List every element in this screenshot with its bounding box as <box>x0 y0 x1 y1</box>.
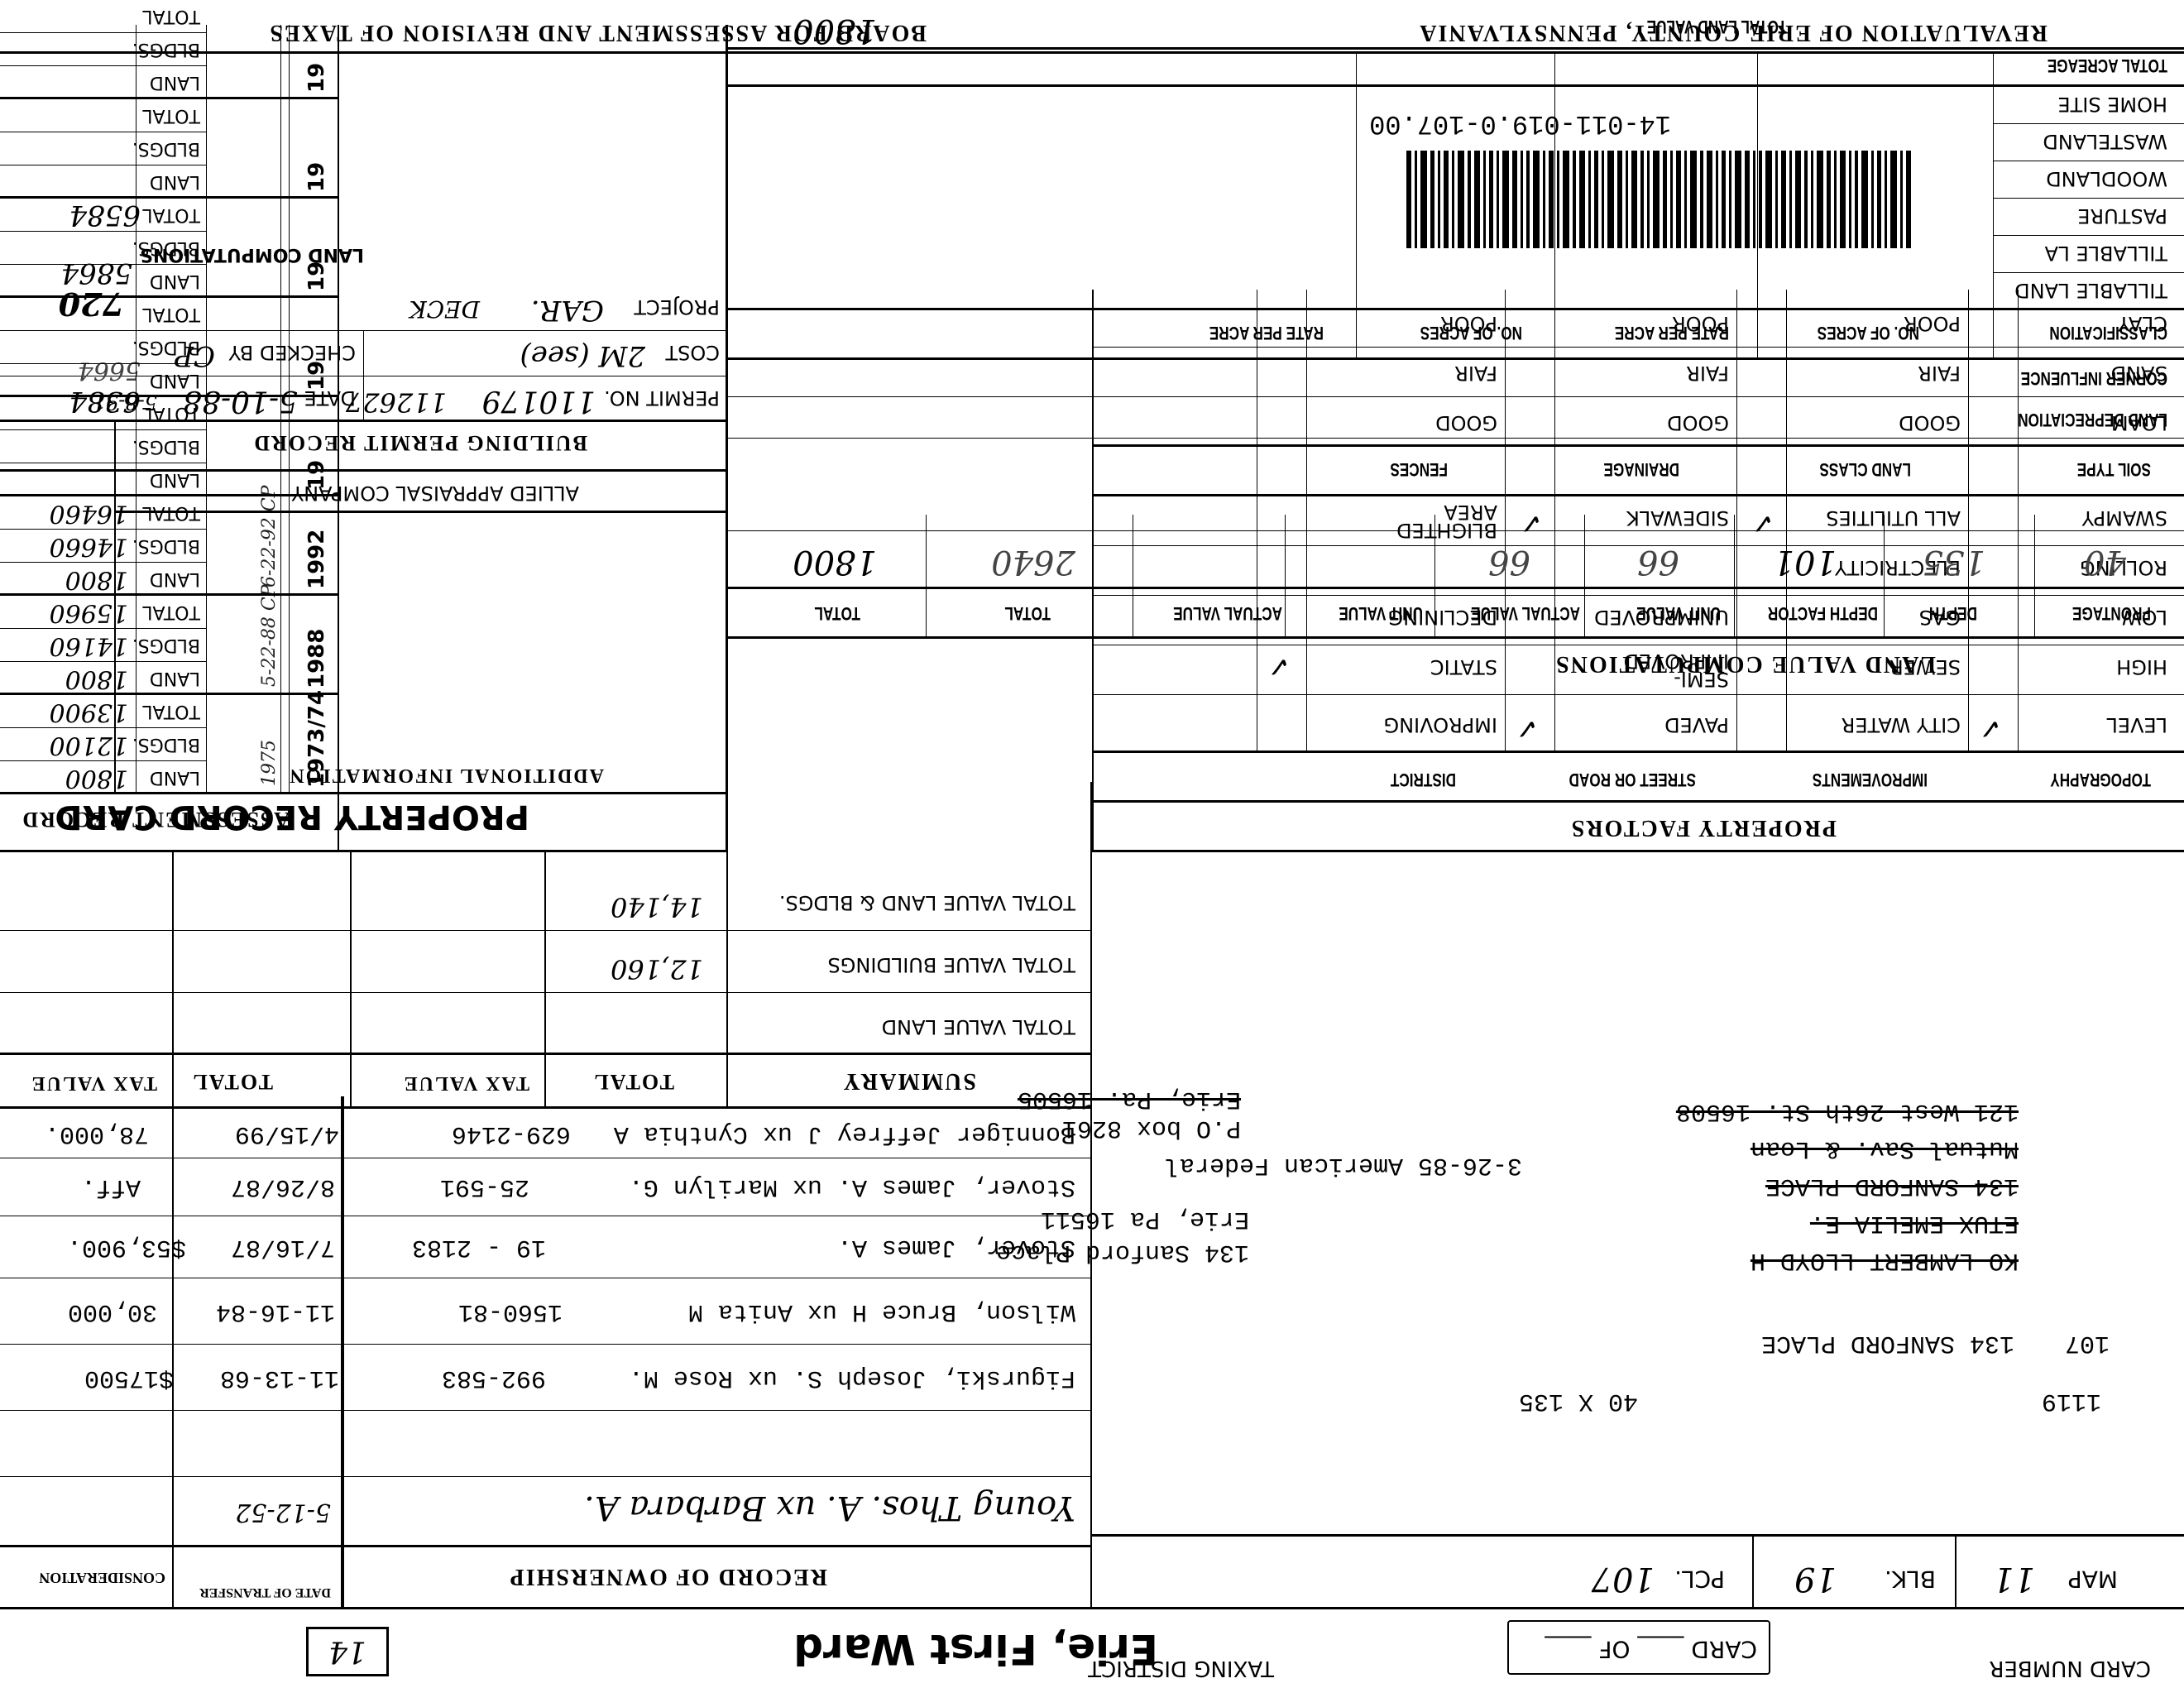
assessment-year: 19 <box>304 162 329 192</box>
taxing-district-value: Erie, First Ward <box>793 1625 1158 1673</box>
map-value: 11 <box>1993 1560 2035 1598</box>
summary-table: SUMMARY TOTAL TAX VALUE TOTAL TAX VALUE … <box>0 852 1092 1109</box>
mail-history-line: 134 SANFORD PLACE <box>1765 1172 2019 1200</box>
assessment-row-label: LAND <box>150 271 200 291</box>
assessment-land-value: 1800 <box>65 565 128 594</box>
summary-value: 12,160 <box>611 953 703 985</box>
assessment-row-label: BLDGS. <box>132 138 200 159</box>
assessment-row-label: BLDGS. <box>132 635 200 655</box>
assessment-row-label: BLDGS. <box>132 39 200 60</box>
mail-history-line: 121 West 26th St. 16508 <box>1676 1097 2019 1125</box>
total-value: 2640 <box>991 543 1075 581</box>
parcel-barcode <box>1249 151 1911 248</box>
assessment-bldgs-value: 14160 <box>50 631 128 660</box>
assessment-land-value: 1800 <box>65 764 128 793</box>
assessment-block: 1973/741975LAND1800BLDGS.12100TOTAL13900 <box>0 695 339 794</box>
assessment-block: 19926-22-92 CPLAND1800BLDGS.14660TOTAL16… <box>0 496 339 596</box>
summary-value: 14,140 <box>611 891 703 923</box>
pcl-value: 107 <box>1592 1560 1655 1598</box>
assessment-row-label: TOTAL <box>142 403 200 424</box>
assessment-land-value: 1800 <box>65 664 128 693</box>
ownership-row: Wilson, Bruce H ux Anita M 1560-81 11-16… <box>0 1278 1092 1340</box>
header-board-title: BOARD FOR ASSESSMENT AND REVISION OF TAX… <box>268 19 927 46</box>
assessment-block: 19885-22-88 CPLAND1800BLDGS.14160TOTAL15… <box>0 596 339 695</box>
property-address: 134 SANFORD PLACE <box>1761 1329 2014 1357</box>
property-dimensions: 40 X 135 <box>1519 1387 1638 1415</box>
frontage-value: 40 <box>2084 543 2126 581</box>
summary-label: TOTAL VALUE LAND <box>882 1015 1075 1038</box>
assessment-row-label: LAND <box>150 370 200 391</box>
assessment-block: 19LANDBLDGS.TOTAL <box>0 397 339 496</box>
taxing-district-label: TAXING DISTRICT <box>1150 1657 1274 1680</box>
mail-history-line: Mutual Sav. & Loan <box>1751 1134 2019 1163</box>
assessment-stamp: 5-22-88 CP <box>259 585 280 687</box>
blk-value: 19 <box>1794 1560 1837 1598</box>
unit-value: 66 <box>1637 543 1679 581</box>
land-value-table: FRONTAGE DEPTH DEPTH FACTOR UNIT VALUE A… <box>728 515 2184 639</box>
assessment-year: 1988 <box>304 629 329 688</box>
box-number: 14 <box>306 1627 389 1676</box>
card-number-label: CARD NUMBER <box>2035 1657 2151 1680</box>
total-value: 1800 <box>793 543 877 581</box>
mail-history-line: ETUX EMELIA E. <box>1810 1209 2019 1237</box>
assessment-block: 19LANDBLDGS.TOTAL <box>0 0 339 99</box>
assessment-row-label: LAND <box>150 469 200 490</box>
depth-factor-value: 101 <box>1774 543 1837 581</box>
assessment-year: 19 <box>304 460 329 490</box>
depth-value: 135 <box>1923 543 1985 581</box>
assessment-row-label: BLDGS. <box>132 237 200 258</box>
property-record-card: CARD NUMBER CARD ____ OF ____ TAXING DIS… <box>0 0 2184 1688</box>
assessment-block: 19LANDBLDGS.TOTAL <box>0 298 339 397</box>
assessment-block: 19LANDBLDGS.TOTAL <box>0 199 339 298</box>
assessment-year: 1992 <box>304 530 329 589</box>
ownership-row: Stover, James A. ux Marilyn G. 25-591 8/… <box>0 1158 1092 1212</box>
assessment-row-label: TOTAL <box>142 204 200 225</box>
mail-history-line: KO LAMBERT LLOYD H <box>1751 1246 2019 1274</box>
mail-current-line: 3-26-85 American Federal <box>1165 1151 1522 1179</box>
assessment-row-label: LAND <box>150 568 200 589</box>
ownership-table: RECORD OF OWNERSHIP DATE OF TRANSFER CON… <box>0 1096 1092 1609</box>
ownership-row: Figurski, Joseph S. ux Rose M. 992-583 1… <box>0 1345 1092 1407</box>
ownership-row: Young Thos. A. ux Barbara A. 5-12-52 <box>0 1477 1092 1543</box>
lot-number: 107 <box>2065 1329 2110 1357</box>
assessment-row-label: LAND <box>150 171 200 192</box>
assessment-year: 19 <box>304 261 329 291</box>
assessment-row-label: TOTAL <box>142 701 200 722</box>
land-value-title: LAND VALUE COMPUTATIONS <box>1554 650 1936 677</box>
property-number: 1119 <box>2042 1387 2101 1415</box>
ownership-row: Bonniger Jeffrey J ux Cynthia A 629-2146… <box>0 1106 1092 1156</box>
assessment-row-label: TOTAL <box>142 602 200 622</box>
map-blk-pcl-row: MAP 11 BLK. 19 PCL. 107 <box>1092 1537 2184 1609</box>
assessment-block: 19LANDBLDGS.TOTAL <box>0 99 339 199</box>
assessment-row-label: BLDGS. <box>132 337 200 357</box>
check-mark-icon: ✓ <box>1267 650 1291 683</box>
actual-value: 66 <box>1488 543 1530 581</box>
assessment-total-value: 15960 <box>50 598 128 627</box>
assessment-stamp: 1975 <box>259 740 280 786</box>
assessment-row-label: BLDGS. <box>132 535 200 556</box>
assessment-total-value: 16460 <box>50 499 128 528</box>
card-of-box: CARD ____ OF ____ <box>1507 1620 1770 1675</box>
assessment-row-label: LAND <box>150 72 200 93</box>
summary-label: TOTAL VALUE LAND & BLDGS. <box>779 891 1075 914</box>
assessment-stamp: 6-22-92 CP <box>259 486 280 587</box>
land-classification: LAND DEPRECIATION CORNER INFLUENCE CLASS… <box>728 8 2184 521</box>
check-mark-icon: ✓ <box>1979 712 2003 745</box>
ownership-row: Stover, James A. 19 - 2183 7/16/87 $53,9… <box>0 1216 1092 1274</box>
check-mark-icon: ✓ <box>1516 712 1540 745</box>
summary-label: TOTAL VALUE BUILDINGS <box>828 953 1075 976</box>
assessment-row-label: TOTAL <box>142 6 200 26</box>
header-revaluation-title: REVALUATION OF ERIE COUNTY, PENNSYLVANIA <box>1418 19 2047 46</box>
assessment-year: 19 <box>304 361 329 391</box>
assessment-row-label: TOTAL <box>142 304 200 324</box>
assessment-row-label: LAND <box>150 767 200 788</box>
assessment-bldgs-value: 12100 <box>50 731 128 760</box>
ownership-title: RECORD OF OWNERSHIP <box>509 1563 827 1590</box>
assessment-row-label: LAND <box>150 668 200 688</box>
parcel-id: 14-011-019.0-107.00 <box>1369 108 1671 139</box>
assessment-year: 1973/74 <box>304 690 329 788</box>
assessment-total-value: 13900 <box>50 698 128 727</box>
assessment-row-label: TOTAL <box>142 105 200 126</box>
assessment-year: 19 <box>304 63 329 93</box>
assessment-row-label: TOTAL <box>142 502 200 523</box>
assessment-bldgs-value: 14660 <box>50 532 128 561</box>
assessment-row-label: BLDGS. <box>132 436 200 457</box>
assessment-row-label: BLDGS. <box>132 734 200 755</box>
